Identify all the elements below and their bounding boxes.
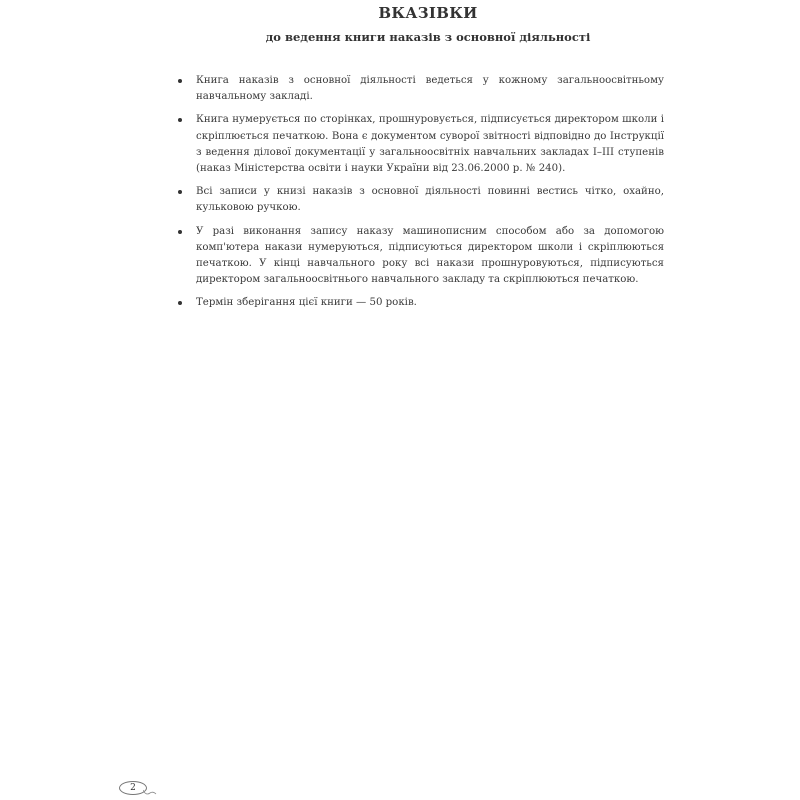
bullet-icon (178, 118, 182, 122)
bullet-icon (178, 301, 182, 305)
flourish-icon (143, 788, 157, 796)
instruction-item: У разі виконання запису наказу машинопис… (172, 224, 664, 289)
instruction-text: У разі виконання запису наказу машинопис… (196, 226, 664, 286)
bullet-icon (178, 190, 182, 194)
page-subtitle: до ведення книги наказів з основної діял… (0, 30, 800, 44)
instruction-text: Термін зберігання цієї книги — 50 років. (196, 297, 417, 308)
instructions-list: Книга наказів з основної діяльності веде… (172, 73, 664, 319)
instruction-text: Книга наказів з основної діяльності веде… (196, 75, 664, 102)
bullet-icon (178, 79, 182, 83)
page-title: ВКАЗІВКИ (0, 4, 800, 22)
instruction-item: Всі записи у книзі наказів з основної ді… (172, 184, 664, 216)
instruction-text: Всі записи у книзі наказів з основної ді… (196, 186, 664, 213)
bullet-icon (178, 230, 182, 234)
instruction-text: Книга нумерується по сторінках, прошнуро… (196, 114, 664, 174)
instruction-item: Книга нумерується по сторінках, прошнуро… (172, 112, 664, 177)
instruction-item: Книга наказів з основної діяльності веде… (172, 73, 664, 105)
instruction-item: Термін зберігання цієї книги — 50 років. (172, 295, 664, 311)
